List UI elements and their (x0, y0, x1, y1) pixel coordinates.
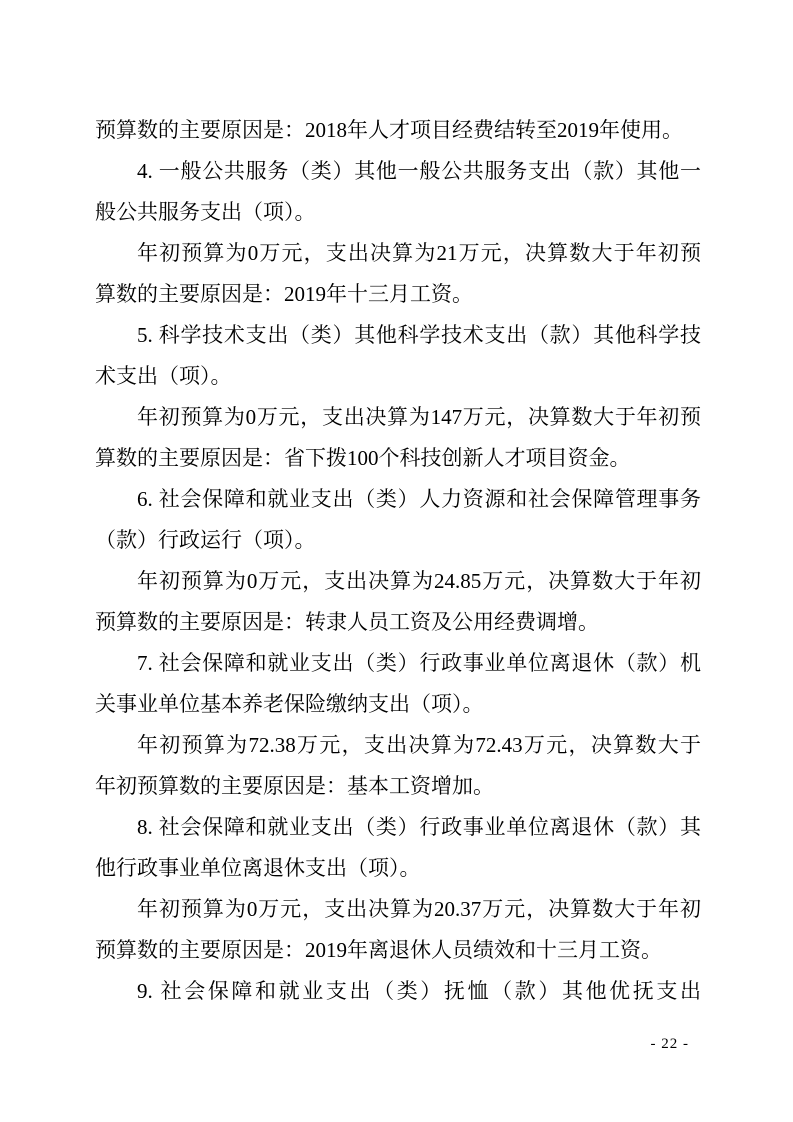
text-line: 年初预算为0万元，支出决算为24.85万元，决算数大于年初 (95, 561, 701, 602)
paragraph: 年初预算为0万元，支出决算为147万元，决算数大于年初预算数的主要原因是：省下拨… (95, 397, 701, 479)
text-line: 年初预算数的主要原因是：基本工资增加。 (95, 766, 701, 807)
text-line: 关事业单位基本养老保险缴纳支出（项）。 (95, 684, 701, 725)
paragraph: 7. 社会保障和就业支出（类）行政事业单位离退休（款）机关事业单位基本养老保险缴… (95, 643, 701, 725)
text-line: 般公共服务支出（项）。 (95, 192, 701, 233)
text-line: 年初预算为0万元，支出决算为20.37万元，决算数大于年初 (95, 889, 701, 930)
text-line: 术支出（项）。 (95, 356, 701, 397)
page-number: - 22 - (651, 1034, 690, 1054)
document-body: 预算数的主要原因是：2018年人才项目经费结转至2019年使用。4. 一般公共服… (95, 110, 701, 1012)
text-line: 7. 社会保障和就业支出（类）行政事业单位离退休（款）机 (95, 643, 701, 684)
text-line: 他行政事业单位离退休支出（项）。 (95, 848, 701, 889)
text-line: 年初预算为0万元，支出决算为21万元，决算数大于年初预 (95, 233, 701, 274)
text-line: 9. 社会保障和就业支出（类）抚恤（款）其他优抚支出（项）。 (95, 971, 701, 1012)
text-line: 算数的主要原因是：2019年十三月工资。 (95, 274, 701, 315)
paragraph: 6. 社会保障和就业支出（类）人力资源和社会保障管理事务（款）行政运行（项）。 (95, 479, 701, 561)
paragraph: 5. 科学技术支出（类）其他科学技术支出（款）其他科学技术支出（项）。 (95, 315, 701, 397)
text-line: 6. 社会保障和就业支出（类）人力资源和社会保障管理事务 (95, 479, 701, 520)
paragraph: 年初预算为0万元，支出决算为20.37万元，决算数大于年初预算数的主要原因是：2… (95, 889, 701, 971)
text-line: 年初预算为72.38万元，支出决算为72.43万元，决算数大于 (95, 725, 701, 766)
text-line: 预算数的主要原因是：2019年离退休人员绩效和十三月工资。 (95, 930, 701, 971)
paragraph: 年初预算为72.38万元，支出决算为72.43万元，决算数大于年初预算数的主要原… (95, 725, 701, 807)
paragraph: 预算数的主要原因是：2018年人才项目经费结转至2019年使用。 (95, 110, 701, 151)
text-line: 算数的主要原因是：省下拨100个科技创新人才项目资金。 (95, 438, 701, 479)
text-line: （款）行政运行（项）。 (95, 520, 701, 561)
document-page: 预算数的主要原因是：2018年人才项目经费结转至2019年使用。4. 一般公共服… (0, 0, 793, 1122)
text-line: 预算数的主要原因是：2018年人才项目经费结转至2019年使用。 (95, 110, 701, 151)
paragraph: 8. 社会保障和就业支出（类）行政事业单位离退休（款）其他行政事业单位离退休支出… (95, 807, 701, 889)
text-line: 8. 社会保障和就业支出（类）行政事业单位离退休（款）其 (95, 807, 701, 848)
text-line: 年初预算为0万元，支出决算为147万元，决算数大于年初预 (95, 397, 701, 438)
paragraph: 9. 社会保障和就业支出（类）抚恤（款）其他优抚支出（项）。 (95, 971, 701, 1012)
paragraph: 4. 一般公共服务（类）其他一般公共服务支出（款）其他一般公共服务支出（项）。 (95, 151, 701, 233)
text-line: 4. 一般公共服务（类）其他一般公共服务支出（款）其他一 (95, 151, 701, 192)
text-line: 预算数的主要原因是：转隶人员工资及公用经费调增。 (95, 602, 701, 643)
paragraph: 年初预算为0万元，支出决算为24.85万元，决算数大于年初预算数的主要原因是：转… (95, 561, 701, 643)
text-line: 5. 科学技术支出（类）其他科学技术支出（款）其他科学技 (95, 315, 701, 356)
paragraph: 年初预算为0万元，支出决算为21万元，决算数大于年初预算数的主要原因是：2019… (95, 233, 701, 315)
